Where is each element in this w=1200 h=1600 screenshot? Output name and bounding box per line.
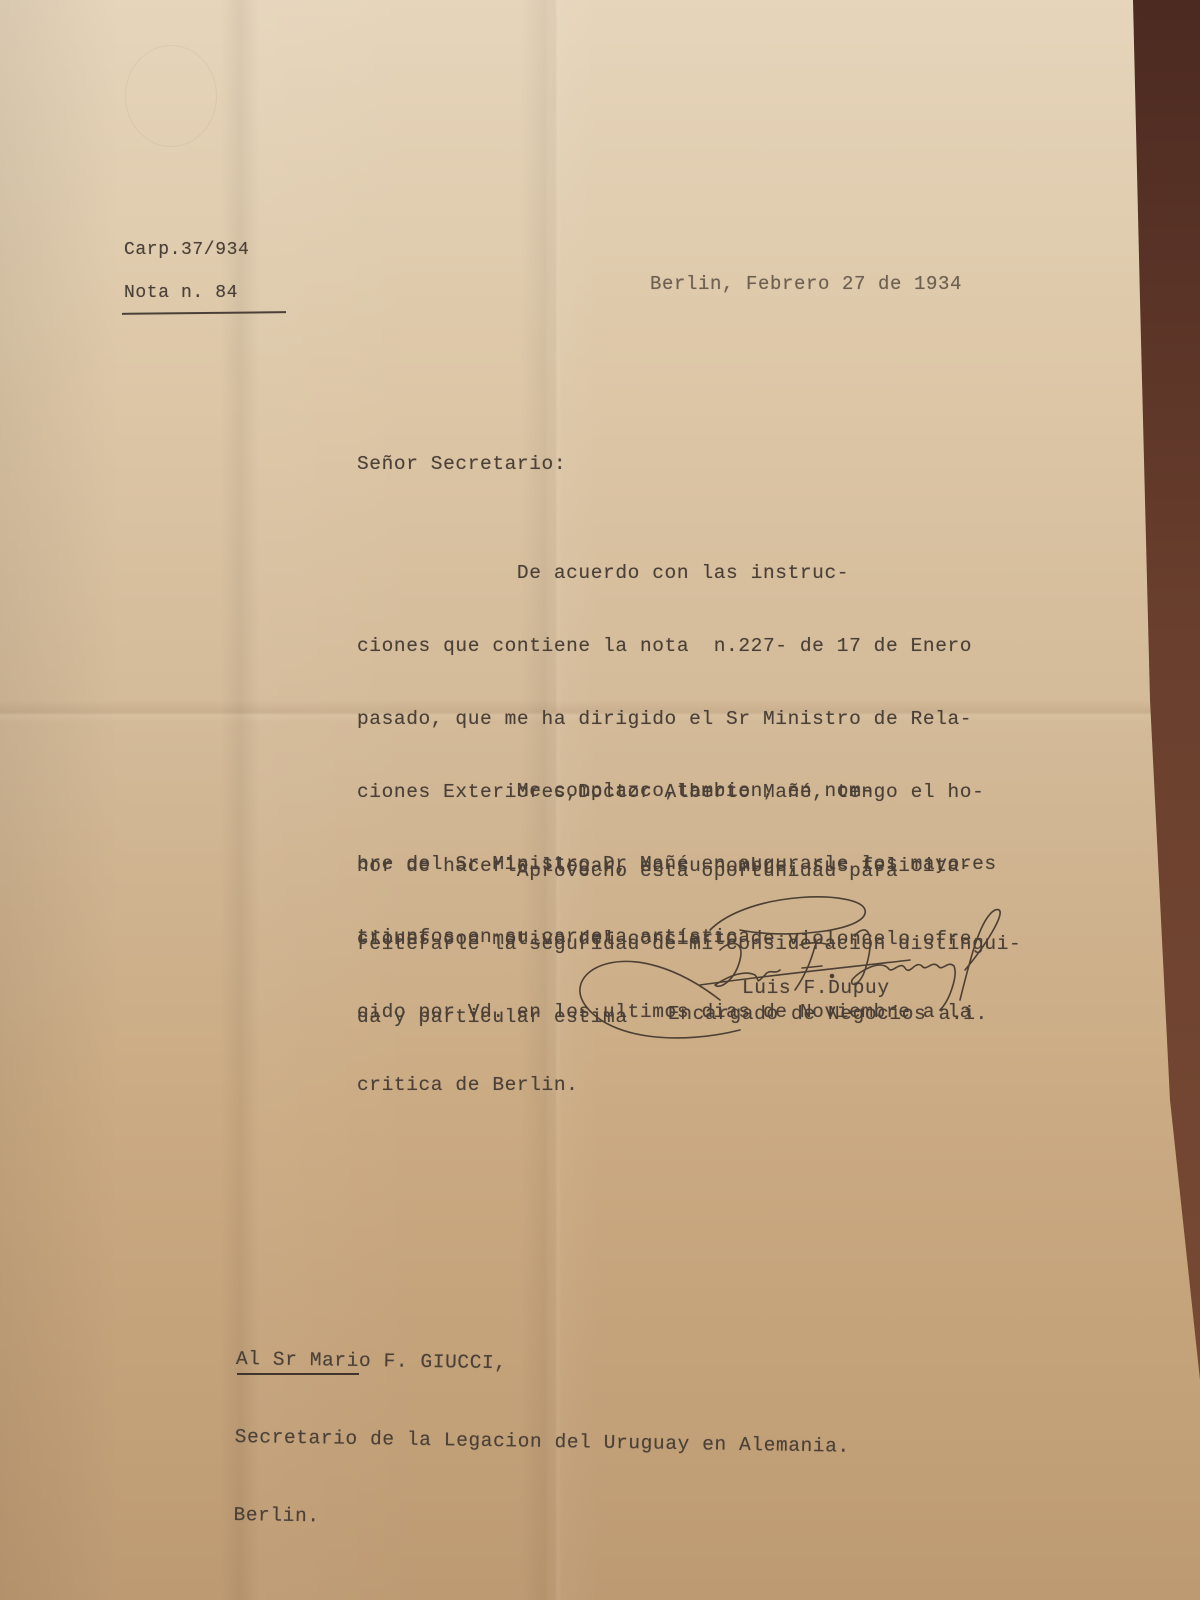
- signer-title: Encargado de Negocios a.i.: [668, 1002, 988, 1026]
- body-line: pasado, que me ha dirigido el Sr Ministr…: [357, 707, 984, 731]
- body-line: De acuerdo con las instruc-: [357, 561, 984, 585]
- carpeta-reference: Carp.37/934: [124, 238, 249, 262]
- reference-underline: [122, 311, 286, 315]
- body-line: Me complazco,tambien, en nom-: [357, 779, 997, 803]
- nota-reference: Nota n. 84: [124, 281, 238, 305]
- salutation: Señor Secretario:: [357, 452, 566, 476]
- recipient-block: Al Sr Mario F. GIUCCI, Secretario de la …: [233, 1294, 853, 1590]
- faded-letterhead-stamp: [125, 45, 217, 147]
- recipient-underline: [237, 1373, 359, 1375]
- signer-typed-name: Luis F.Dupuy: [742, 976, 890, 1000]
- recipient-line: Al Sr Mario F. GIUCCI,: [236, 1346, 851, 1382]
- date-line: Berlin, Febrero 27 de 1934: [650, 272, 962, 296]
- letter-paper: Carp.37/934 Nota n. 84 Berlin, Febrero 2…: [0, 0, 1200, 1600]
- recipient-line: Berlin.: [233, 1502, 848, 1538]
- photo-scene: Carp.37/934 Nota n. 84 Berlin, Febrero 2…: [0, 0, 1200, 1600]
- body-line: ciones que contiene la nota n.227- de 17…: [357, 634, 984, 658]
- recipient-line: Secretario de la Legacion del Uruguay en…: [235, 1424, 850, 1460]
